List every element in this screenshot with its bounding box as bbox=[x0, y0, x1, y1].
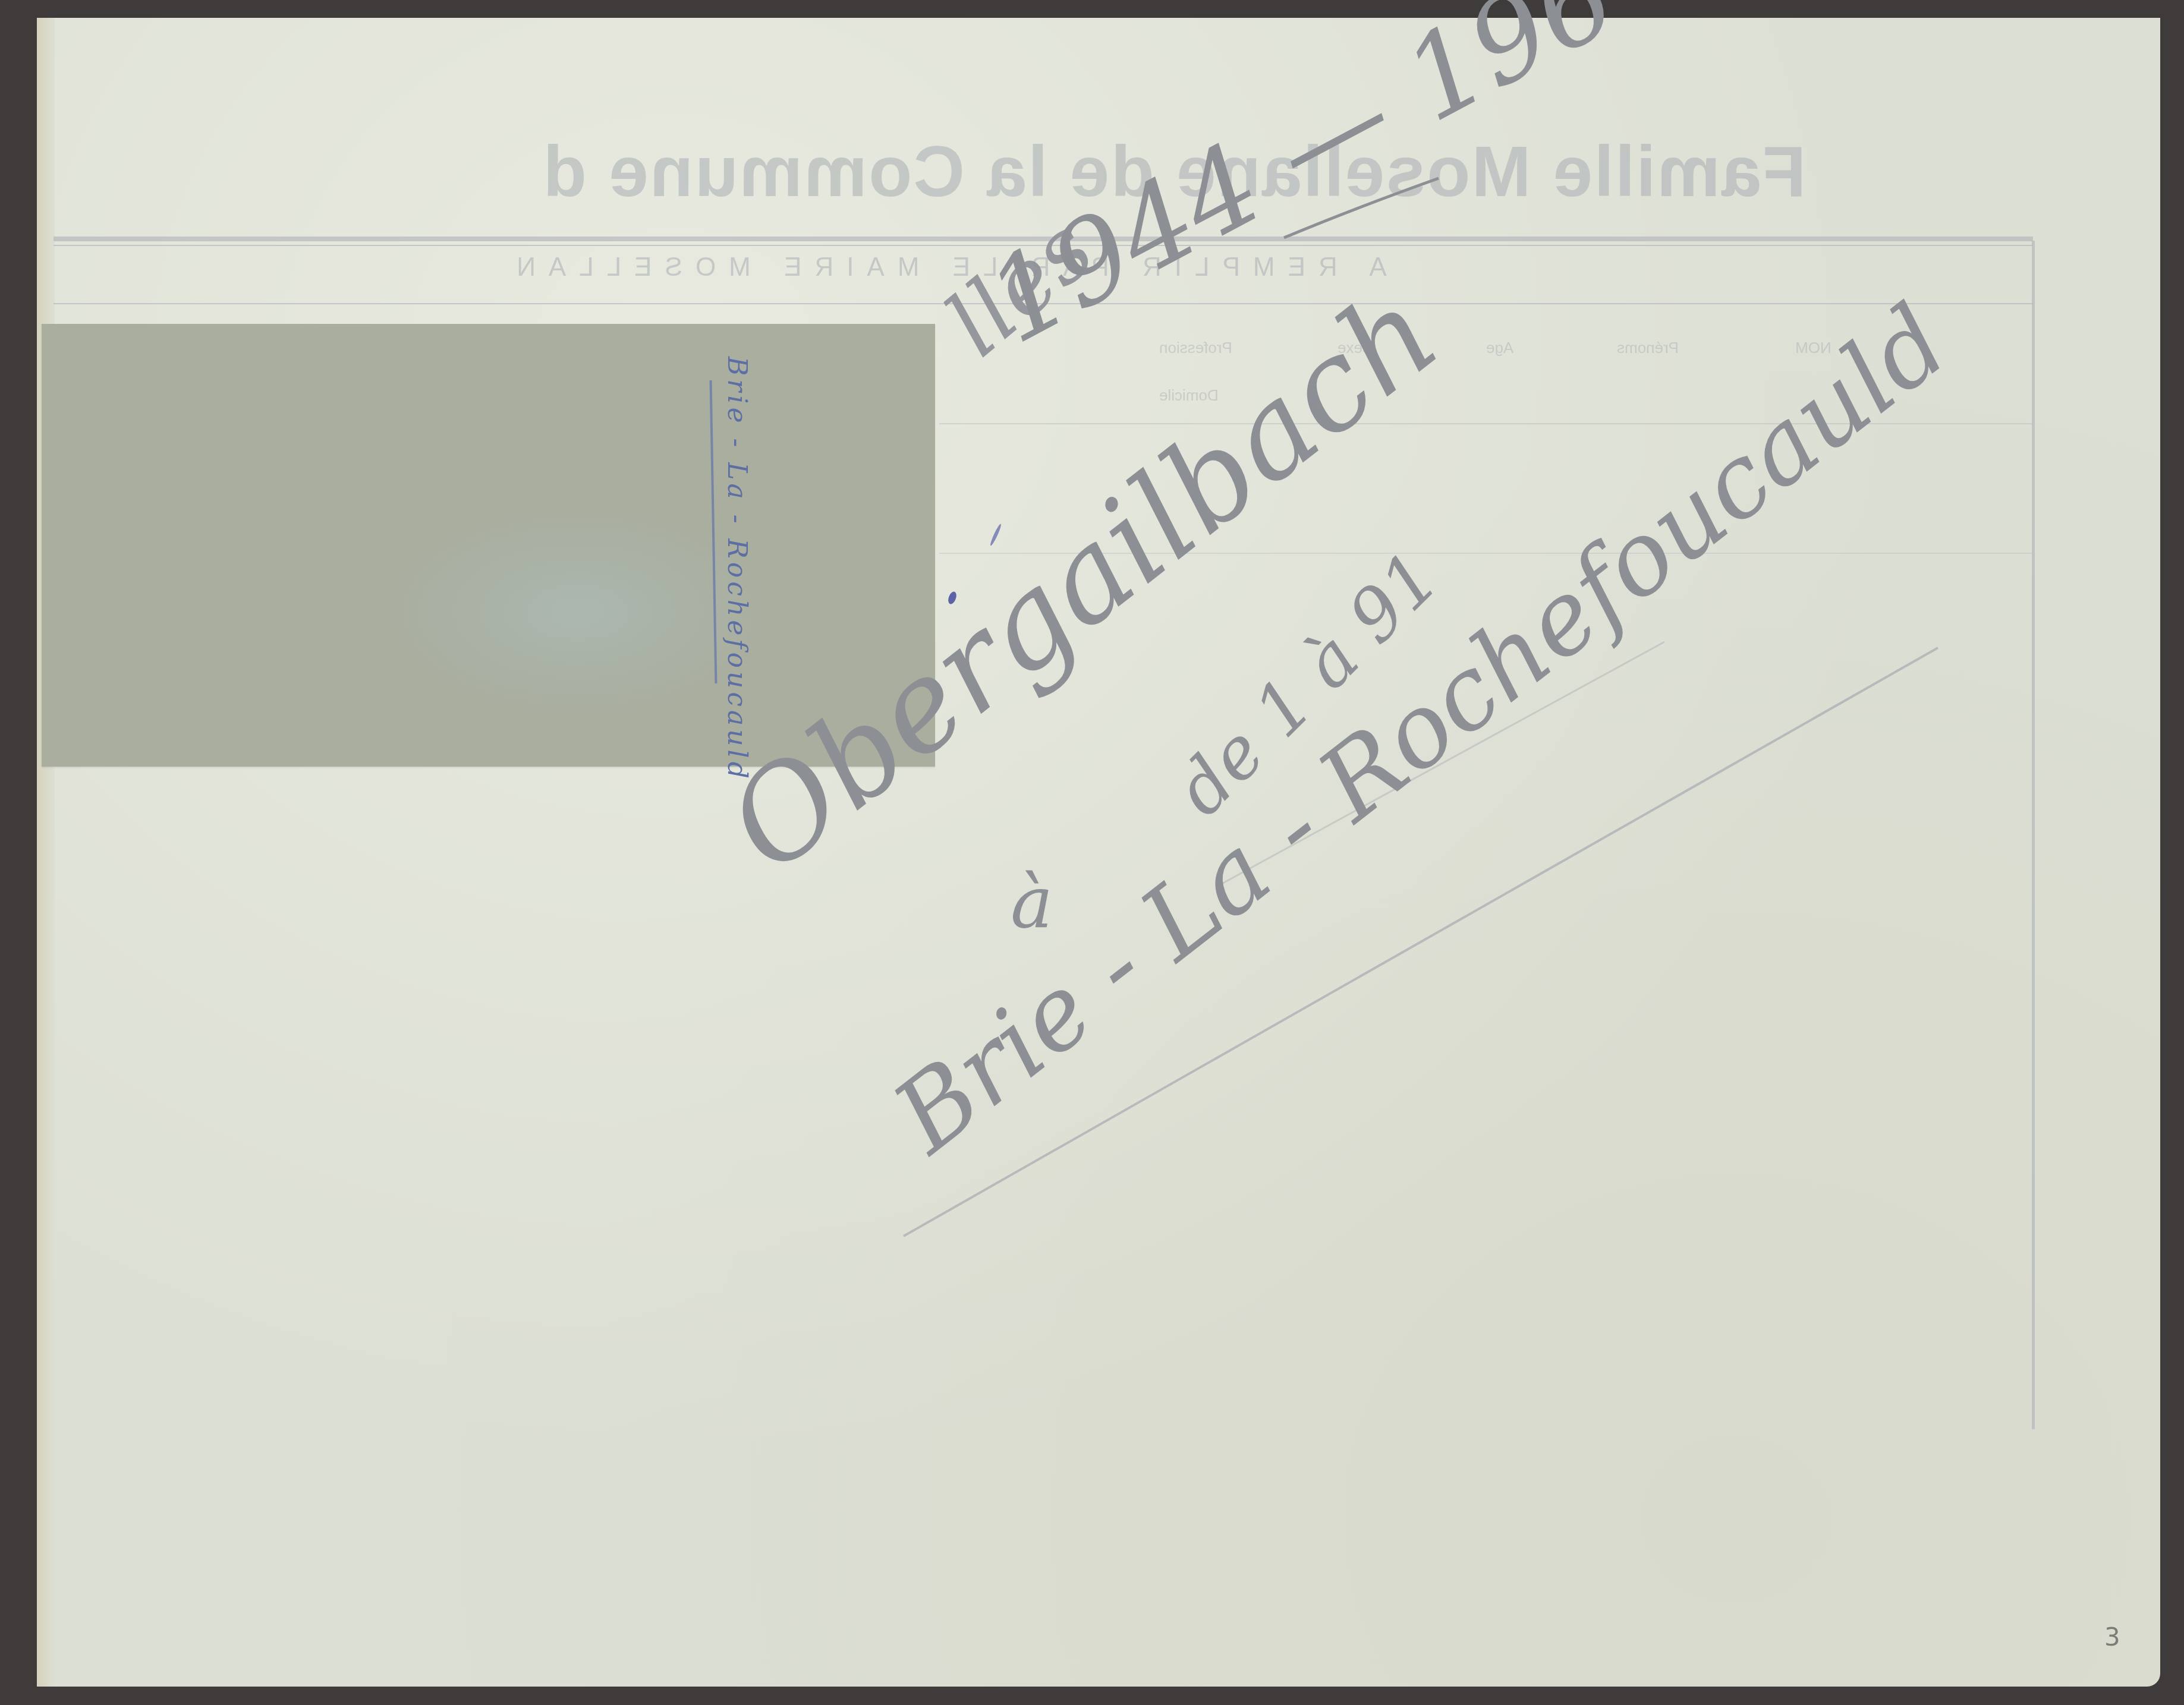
page-number: 3 bbox=[2104, 1622, 2120, 1652]
pencil-to: à bbox=[1011, 862, 1053, 944]
